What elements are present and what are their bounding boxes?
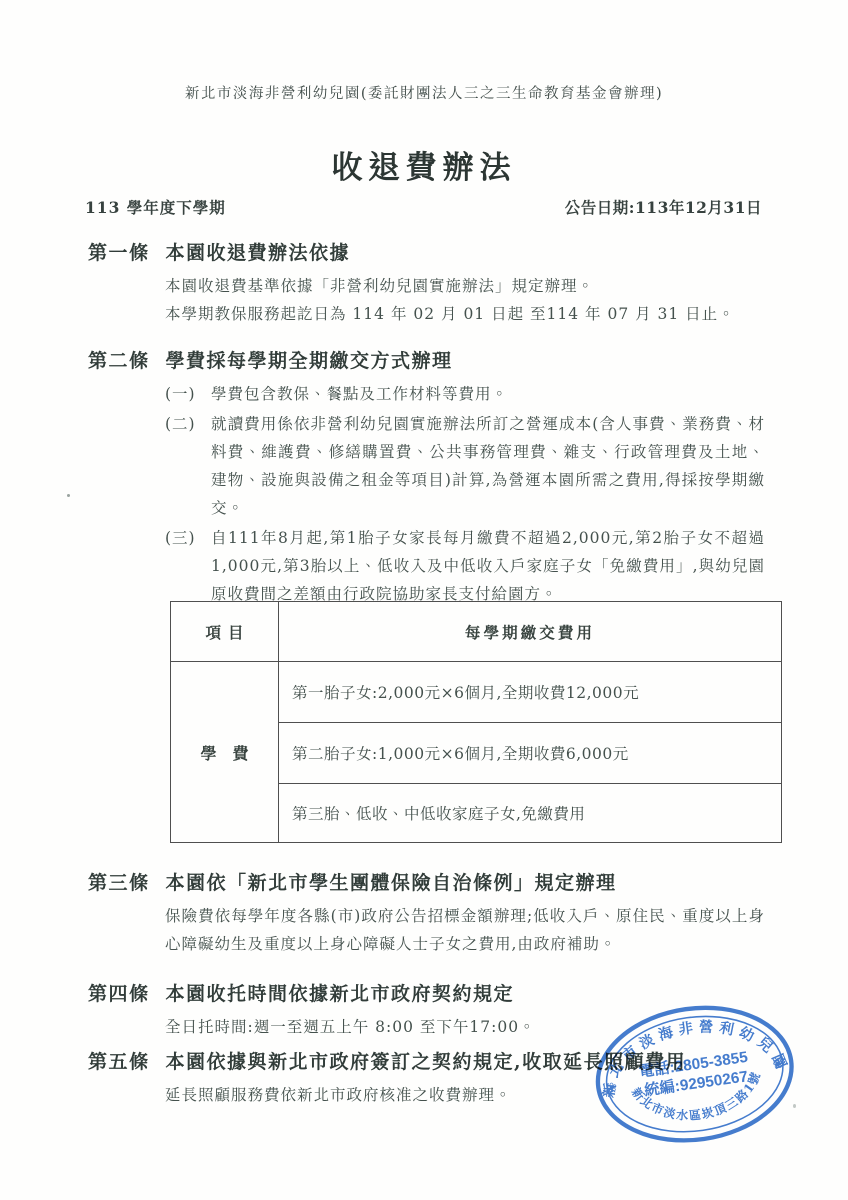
article-2-body: (一) 學費包含教保、餐點及工作材料等費用。 (二) 就讀費用係依非營利幼兒園實… (165, 380, 765, 608)
article-3-heading: 第三條 本園依「新北市學生團體保險自治條例」規定辦理 (88, 868, 764, 895)
article-text: 保險費依每學年度各縣(市)政府公告招標金額辦理;低收入戶、原住民、重度以上身心障… (165, 902, 765, 958)
scan-speck (67, 494, 70, 497)
article-line: 本園收退費基準依據「非營利幼兒園實施辦法」規定辦理。 (165, 272, 765, 300)
item-text: 就讀費用係依非營利幼兒園實施辦法所訂之營運成本(含人事費、業務費、材料費、維護費… (211, 410, 765, 522)
item-text: 學費包含教保、餐點及工作材料等費用。 (211, 380, 765, 408)
item-marker: (一) (165, 380, 211, 408)
article-text: 延長照顧服務費依新北市政府核准之收費辦理。 (165, 1081, 765, 1109)
article-2: 第二條 學費採每學期全期繳交方式辦理 (一) 學費包含教保、餐點及工作材料等費用… (88, 346, 764, 610)
article-4: 第四條 本園收托時間依據新北市政府契約規定 全日托時間:週一至週五上午 8:00… (88, 979, 764, 1041)
article-number: 第一條 (88, 238, 150, 265)
article-text: 全日托時間:週一至週五上午 8:00 至下午17:00。 (165, 1013, 765, 1041)
announce-date: 公告日期:113年12月31日 (565, 196, 762, 218)
article-3-body: 保險費依每學年度各縣(市)政府公告招標金額辦理;低收入戶、原住民、重度以上身心障… (165, 902, 765, 958)
article-4-body: 全日托時間:週一至週五上午 8:00 至下午17:00。 (165, 1013, 765, 1041)
article-line: 本學期教保服務起訖日為 114 年 02 月 01 日起 至114 年 07 月… (165, 300, 765, 328)
article-5: 第五條 本園依據與新北市政府簽訂之契約規定,收取延長照顧費用 延長照顧服務費依新… (88, 1047, 764, 1109)
article-1: 第一條 本園收退費辦法依據 本園收退費基準依據「非營利幼兒園實施辦法」規定辦理。… (88, 238, 764, 328)
article-number: 第三條 (88, 868, 150, 895)
table-header-fee: 每學期繳交費用 (279, 602, 781, 662)
meta-row: 113 學年度下學期 公告日期:113年12月31日 (85, 196, 762, 218)
list-item: (三) 自111年8月起,第1胎子女家長每月繳費不超過2,000元,第2胎子女不… (165, 524, 765, 608)
document-title: 收退費辦法 (0, 142, 848, 187)
table-header-item: 項目 (171, 602, 279, 662)
table-row: 第三胎、低收、中低收家庭子女,免繳費用 (279, 784, 781, 842)
article-5-body: 延長照顧服務費依新北市政府核准之收費辦理。 (165, 1081, 765, 1109)
article-3: 第三條 本園依「新北市學生團體保險自治條例」規定辦理 保險費依每學年度各縣(市)… (88, 868, 764, 958)
article-2-heading: 第二條 學費採每學期全期繳交方式辦理 (88, 346, 764, 373)
scan-speck (793, 1104, 796, 1108)
article-title: 本園依據與新北市政府簽訂之契約規定,收取延長照顧費用 (166, 1047, 687, 1074)
article-number: 第四條 (88, 979, 150, 1006)
article-1-body: 本園收退費基準依據「非營利幼兒園實施辦法」規定辦理。 本學期教保服務起訖日為 1… (165, 272, 765, 328)
list-item: (一) 學費包含教保、餐點及工作材料等費用。 (165, 380, 765, 408)
flower-icon: ❀ (772, 1055, 785, 1071)
item-marker: (三) (165, 524, 211, 608)
article-title: 本園收退費辦法依據 (166, 238, 351, 265)
item-text: 自111年8月起,第1胎子女家長每月繳費不超過2,000元,第2胎子女不超過1,… (211, 524, 765, 608)
document-page: 新北市淡海非營利幼兒園(委託財團法人三之三生命教育基金會辦理) 收退費辦法 11… (0, 0, 848, 1200)
article-number: 第五條 (88, 1047, 150, 1074)
list-item: (二) 就讀費用係依非營利幼兒園實施辦法所訂之營運成本(含人事費、業務費、材料費… (165, 410, 765, 522)
semester-label: 113 學年度下學期 (85, 196, 226, 218)
article-5-heading: 第五條 本園依據與新北市政府簽訂之契約規定,收取延長照顧費用 (88, 1047, 764, 1074)
article-title: 本園依「新北市學生團體保險自治條例」規定辦理 (166, 868, 617, 895)
organization-header: 新北市淡海非營利幼兒園(委託財團法人三之三生命教育基金會辦理) (0, 82, 848, 103)
table-row-label-tuition: 學 費 (171, 662, 279, 842)
article-title: 學費採每學期全期繳交方式辦理 (166, 346, 453, 373)
article-4-heading: 第四條 本園收托時間依據新北市政府契約規定 (88, 979, 764, 1006)
table-row: 第二胎子女:1,000元×6個月,全期收費6,000元 (279, 723, 781, 784)
item-marker: (二) (165, 410, 211, 522)
article-number: 第二條 (88, 346, 150, 373)
article-title: 本園收托時間依據新北市政府契約規定 (166, 979, 515, 1006)
article-1-heading: 第一條 本園收退費辦法依據 (88, 238, 764, 265)
fee-table: 項目 每學期繳交費用 學 費 第一胎子女:2,000元×6個月,全期收費12,0… (170, 601, 782, 843)
table-row: 第一胎子女:2,000元×6個月,全期收費12,000元 (279, 662, 781, 723)
